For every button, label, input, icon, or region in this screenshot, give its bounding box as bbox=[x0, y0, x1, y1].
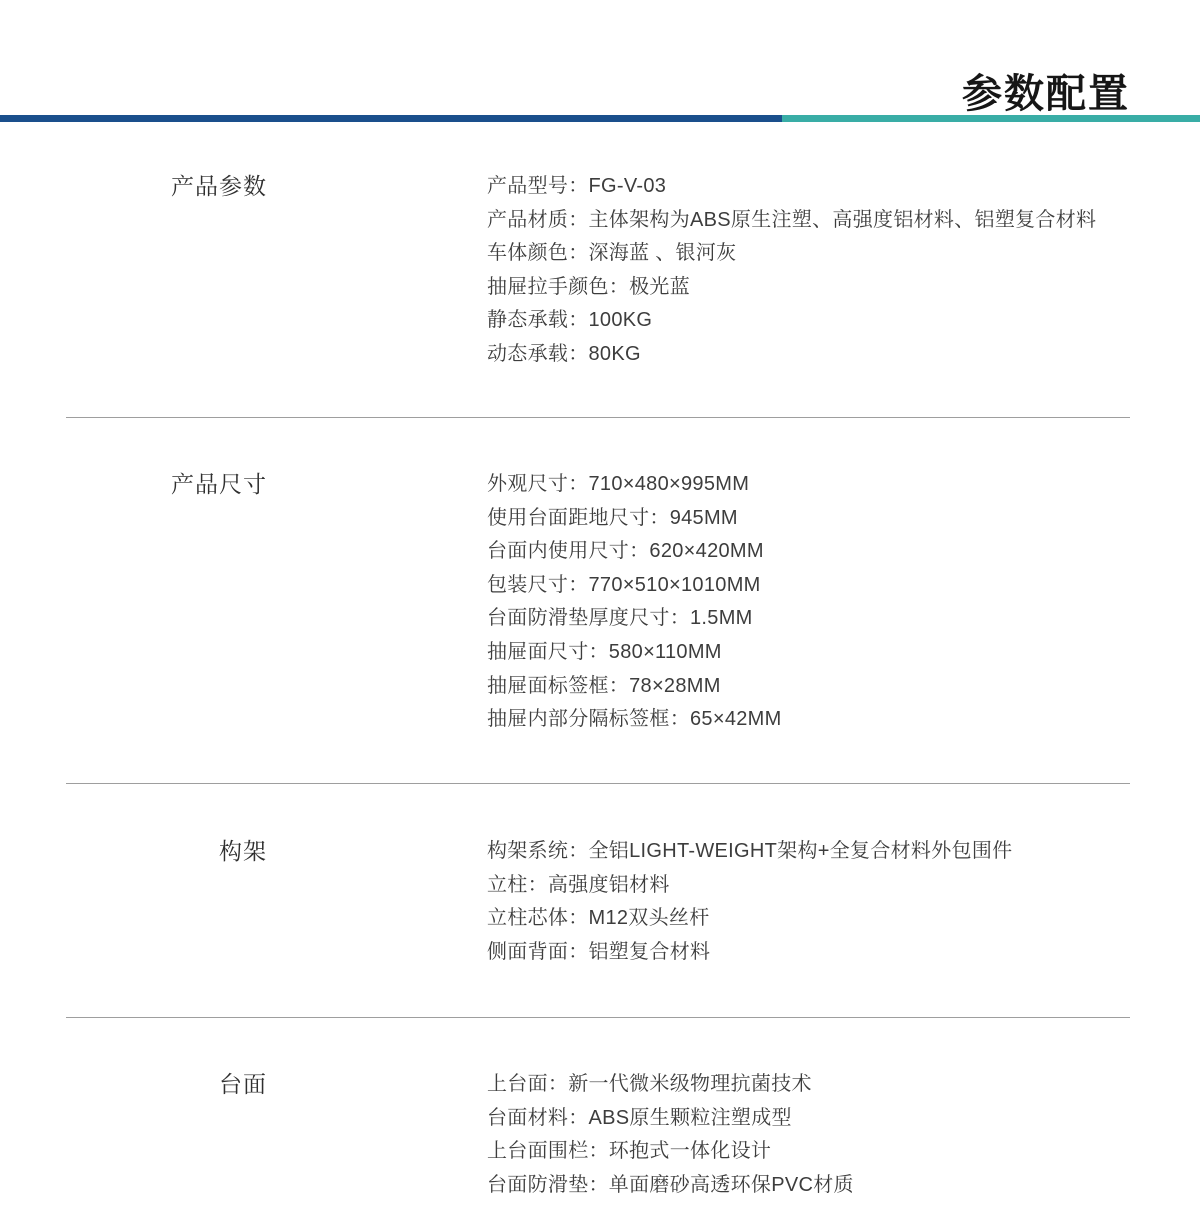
section-content: 外观尺寸：710×480×995MM 使用台面距地尺寸：945MM 台面内使用尺… bbox=[267, 468, 1200, 737]
accent-bar-blue-segment bbox=[0, 115, 782, 122]
section-content: 构架系统：全铝LIGHT-WEIGHT架构+全复合材料外包围件 立柱：高强度铝材… bbox=[267, 835, 1200, 969]
section-tabletop: 台面 上台面：新一代微米级物理抗菌技术 台面材料：ABS原生颗粒注塑成型 上台面… bbox=[0, 1068, 1200, 1202]
section-content: 产品型号：FG-V-03 产品材质：主体架构为ABS原生注塑、高强度铝材料、铝塑… bbox=[267, 170, 1200, 372]
section-product-params: 产品参数 产品型号：FG-V-03 产品材质：主体架构为ABS原生注塑、高强度铝… bbox=[0, 170, 1200, 372]
accent-bar-teal-segment bbox=[782, 115, 1200, 122]
spec-line: 车体颜色：深海蓝 、银河灰 bbox=[487, 237, 1200, 271]
spec-line: 静态承载：100KG bbox=[487, 304, 1200, 338]
section-divider bbox=[66, 417, 1130, 418]
spec-line: 侧面背面：铝塑复合材料 bbox=[487, 936, 1200, 970]
spec-line: 外观尺寸：710×480×995MM bbox=[487, 468, 1200, 502]
section-product-dimensions: 产品尺寸 外观尺寸：710×480×995MM 使用台面距地尺寸：945MM 台… bbox=[0, 468, 1200, 737]
section-divider bbox=[66, 783, 1130, 784]
spec-line: 抽屉面尺寸：580×110MM bbox=[487, 636, 1200, 670]
section-label: 台面 bbox=[0, 1068, 267, 1202]
spec-line: 构架系统：全铝LIGHT-WEIGHT架构+全复合材料外包围件 bbox=[487, 835, 1200, 869]
spec-line: 台面防滑垫厚度尺寸：1.5MM bbox=[487, 602, 1200, 636]
spec-line: 使用台面距地尺寸：945MM bbox=[487, 502, 1200, 536]
spec-line: 抽屉拉手颜色：极光蓝 bbox=[487, 271, 1200, 305]
spec-page: 参数配置 产品参数 产品型号：FG-V-03 产品材质：主体架构为ABS原生注塑… bbox=[0, 0, 1200, 1219]
spec-line: 产品型号：FG-V-03 bbox=[487, 170, 1200, 204]
accent-divider-bar bbox=[0, 115, 1200, 122]
page-title: 参数配置 bbox=[962, 62, 1130, 119]
spec-line: 抽屉内部分隔标签框：65×42MM bbox=[487, 703, 1200, 737]
spec-line: 抽屉面标签框：78×28MM bbox=[487, 670, 1200, 704]
section-frame: 构架 构架系统：全铝LIGHT-WEIGHT架构+全复合材料外包围件 立柱：高强… bbox=[0, 835, 1200, 969]
spec-line: 上台面：新一代微米级物理抗菌技术 bbox=[487, 1068, 1200, 1102]
spec-line: 产品材质：主体架构为ABS原生注塑、高强度铝材料、铝塑复合材料 bbox=[487, 204, 1200, 238]
spec-line: 立柱：高强度铝材料 bbox=[487, 869, 1200, 903]
spec-line: 包装尺寸：770×510×1010MM bbox=[487, 569, 1200, 603]
section-label: 构架 bbox=[0, 835, 267, 969]
spec-line: 台面防滑垫：单面磨砂高透环保PVC材质 bbox=[487, 1169, 1200, 1203]
spec-line: 台面内使用尺寸：620×420MM bbox=[487, 535, 1200, 569]
spec-line: 立柱芯体：M12双头丝杆 bbox=[487, 902, 1200, 936]
section-divider bbox=[66, 1017, 1130, 1018]
section-label: 产品尺寸 bbox=[0, 468, 267, 737]
section-label: 产品参数 bbox=[0, 170, 267, 372]
spec-line: 动态承载：80KG bbox=[487, 338, 1200, 372]
spec-line: 上台面围栏：环抱式一体化设计 bbox=[487, 1135, 1200, 1169]
spec-line: 台面材料：ABS原生颗粒注塑成型 bbox=[487, 1102, 1200, 1136]
section-content: 上台面：新一代微米级物理抗菌技术 台面材料：ABS原生颗粒注塑成型 上台面围栏：… bbox=[267, 1068, 1200, 1202]
